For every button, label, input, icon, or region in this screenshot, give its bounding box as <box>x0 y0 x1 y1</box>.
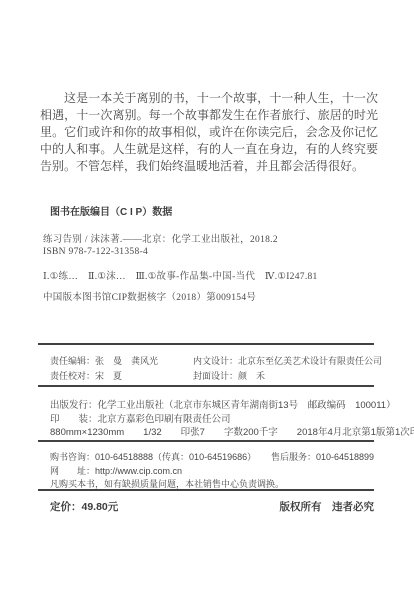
cip-title-line: 练习告别 / 沫沫著.——北京：化学工业出版社，2018.2 <box>43 231 278 245</box>
copyright-notice: 版权所有 违者必究 <box>280 499 375 514</box>
cip-isbn: ISBN 978-7-122-31358-4 <box>43 247 148 257</box>
divider-line-contact <box>38 489 374 491</box>
publisher-website: 网 址：http://www.cip.com.cn <box>50 464 182 477</box>
footer-row: 定价：49.80元 版权所有 违者必究 <box>50 499 374 514</box>
divider-line-staff <box>38 385 374 387</box>
divider-line-top <box>38 343 374 345</box>
intro-paragraph: 这是一本关于离别的书，十一个故事，十一种人生，十一次相遇，十一次离别。每一个故事… <box>40 90 378 175</box>
publisher-line: 出版发行：化学工业出版社（北京市东城区青年湖南街13号 邮政编码 100011） <box>50 397 396 411</box>
divider-line-publishing <box>38 440 374 442</box>
printing-line: 印 装：北京方嘉彩色印刷有限责任公司 <box>50 411 231 425</box>
book-colophon-page: 这是一本关于离别的书，十一个故事，十一种人生，十一次相遇，十一次离别。每一个故事… <box>0 0 414 600</box>
staff-proofreader: 责任校对：宋 夏 <box>50 369 122 382</box>
cip-record-number: 中国版本图书馆CIP数据核字（2018）第009154号 <box>43 289 256 303</box>
cip-heading: 图书在版编目（C I P）数据 <box>50 203 172 218</box>
staff-cover-design: 封面设计：颜 禾 <box>193 369 265 382</box>
staff-editor: 责任编辑：张 曼 龚风光 <box>50 354 158 367</box>
print-spec-line: 880mm×1230mm 1/32 印张7 字数200千字 2018年4月北京第… <box>50 424 414 438</box>
purchase-hotline: 购书咨询：010-64518888（传真：010-64519686） <box>50 450 256 463</box>
contact-phone-row: 购书咨询：010-64518888（传真：010-64519686） 售后服务：… <box>50 450 374 463</box>
cip-classification: Ⅰ.①练… Ⅱ.①沫… Ⅲ.①故事-作品集-中国-当代 Ⅳ.①I247.81 <box>43 268 318 282</box>
staff-interior-design: 内文设计：北京东至亿美艺术设计有限责任公司 <box>193 354 382 367</box>
price-label: 定价：49.80元 <box>50 499 118 514</box>
after-sales-phone: 售后服务：010-64518899 <box>271 450 374 463</box>
